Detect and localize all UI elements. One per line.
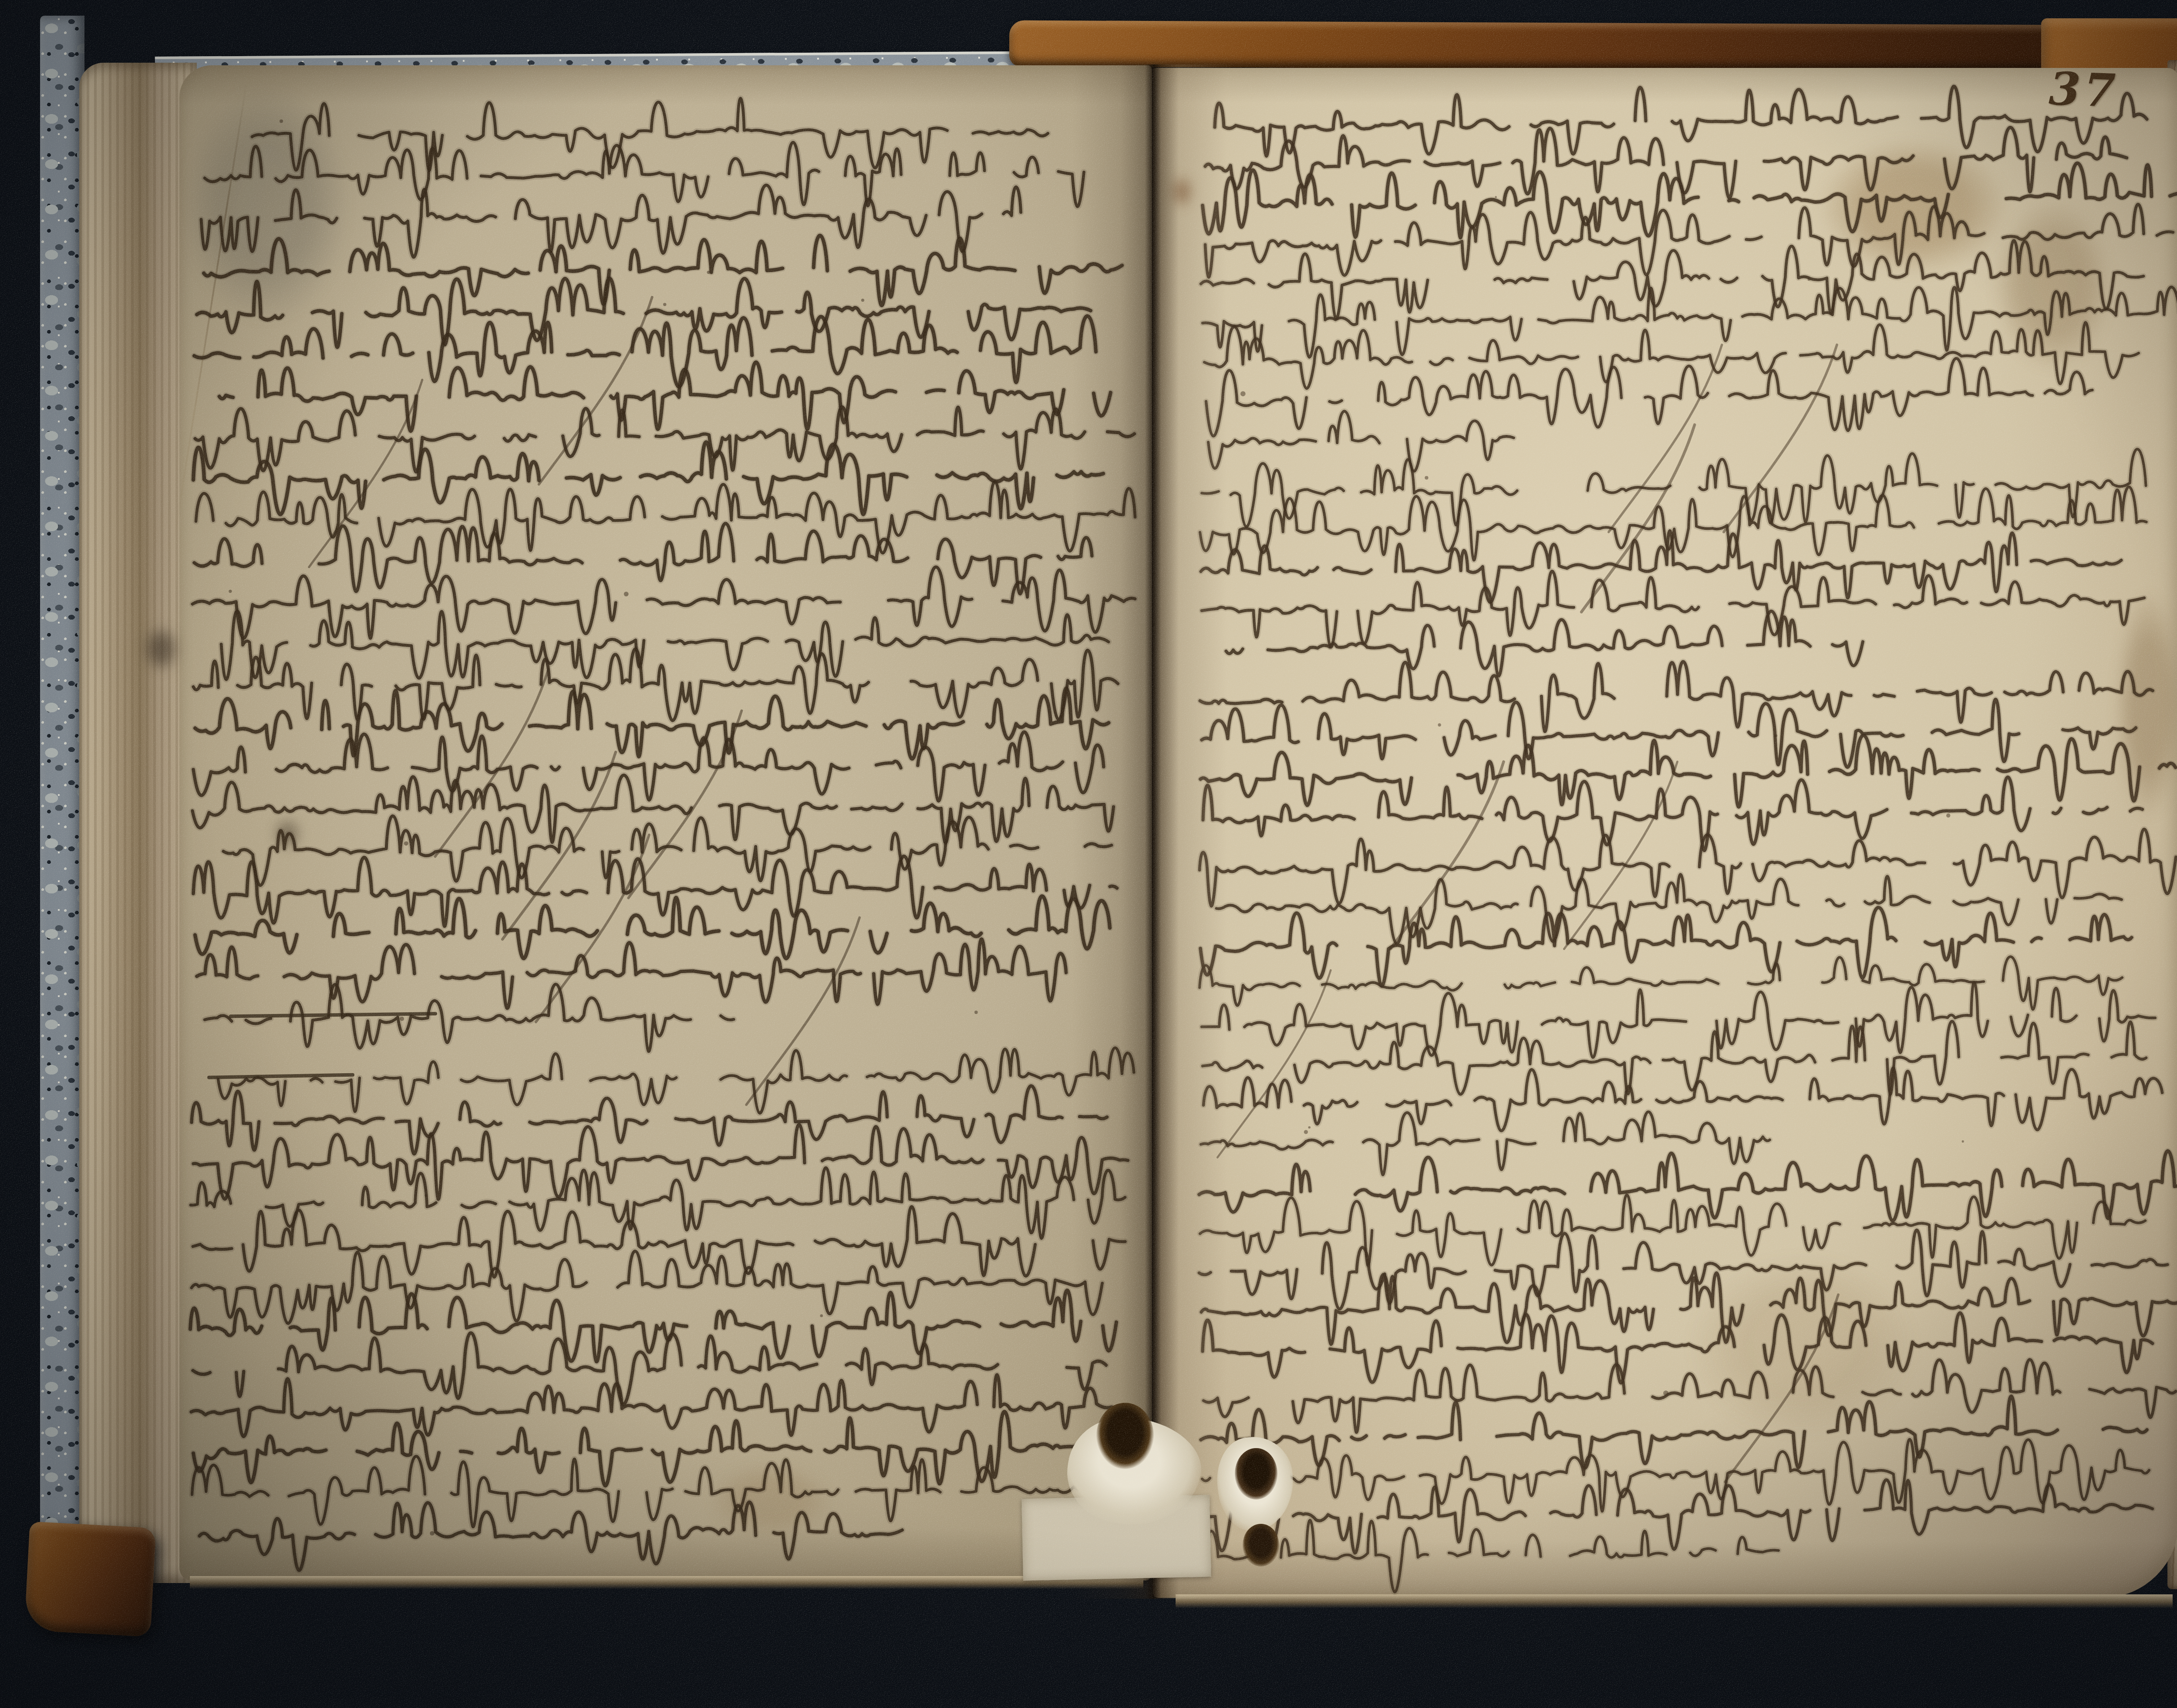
leather-corner-bottom-left bbox=[24, 1522, 156, 1637]
page-number: 37 bbox=[2048, 62, 2163, 119]
worm-hole-left-page bbox=[1096, 1403, 1154, 1469]
worm-hole-right-page-1 bbox=[1235, 1448, 1277, 1499]
manuscript-photo: 37 bbox=[0, 0, 2177, 1708]
worm-hole-right-page-2 bbox=[1243, 1524, 1279, 1567]
